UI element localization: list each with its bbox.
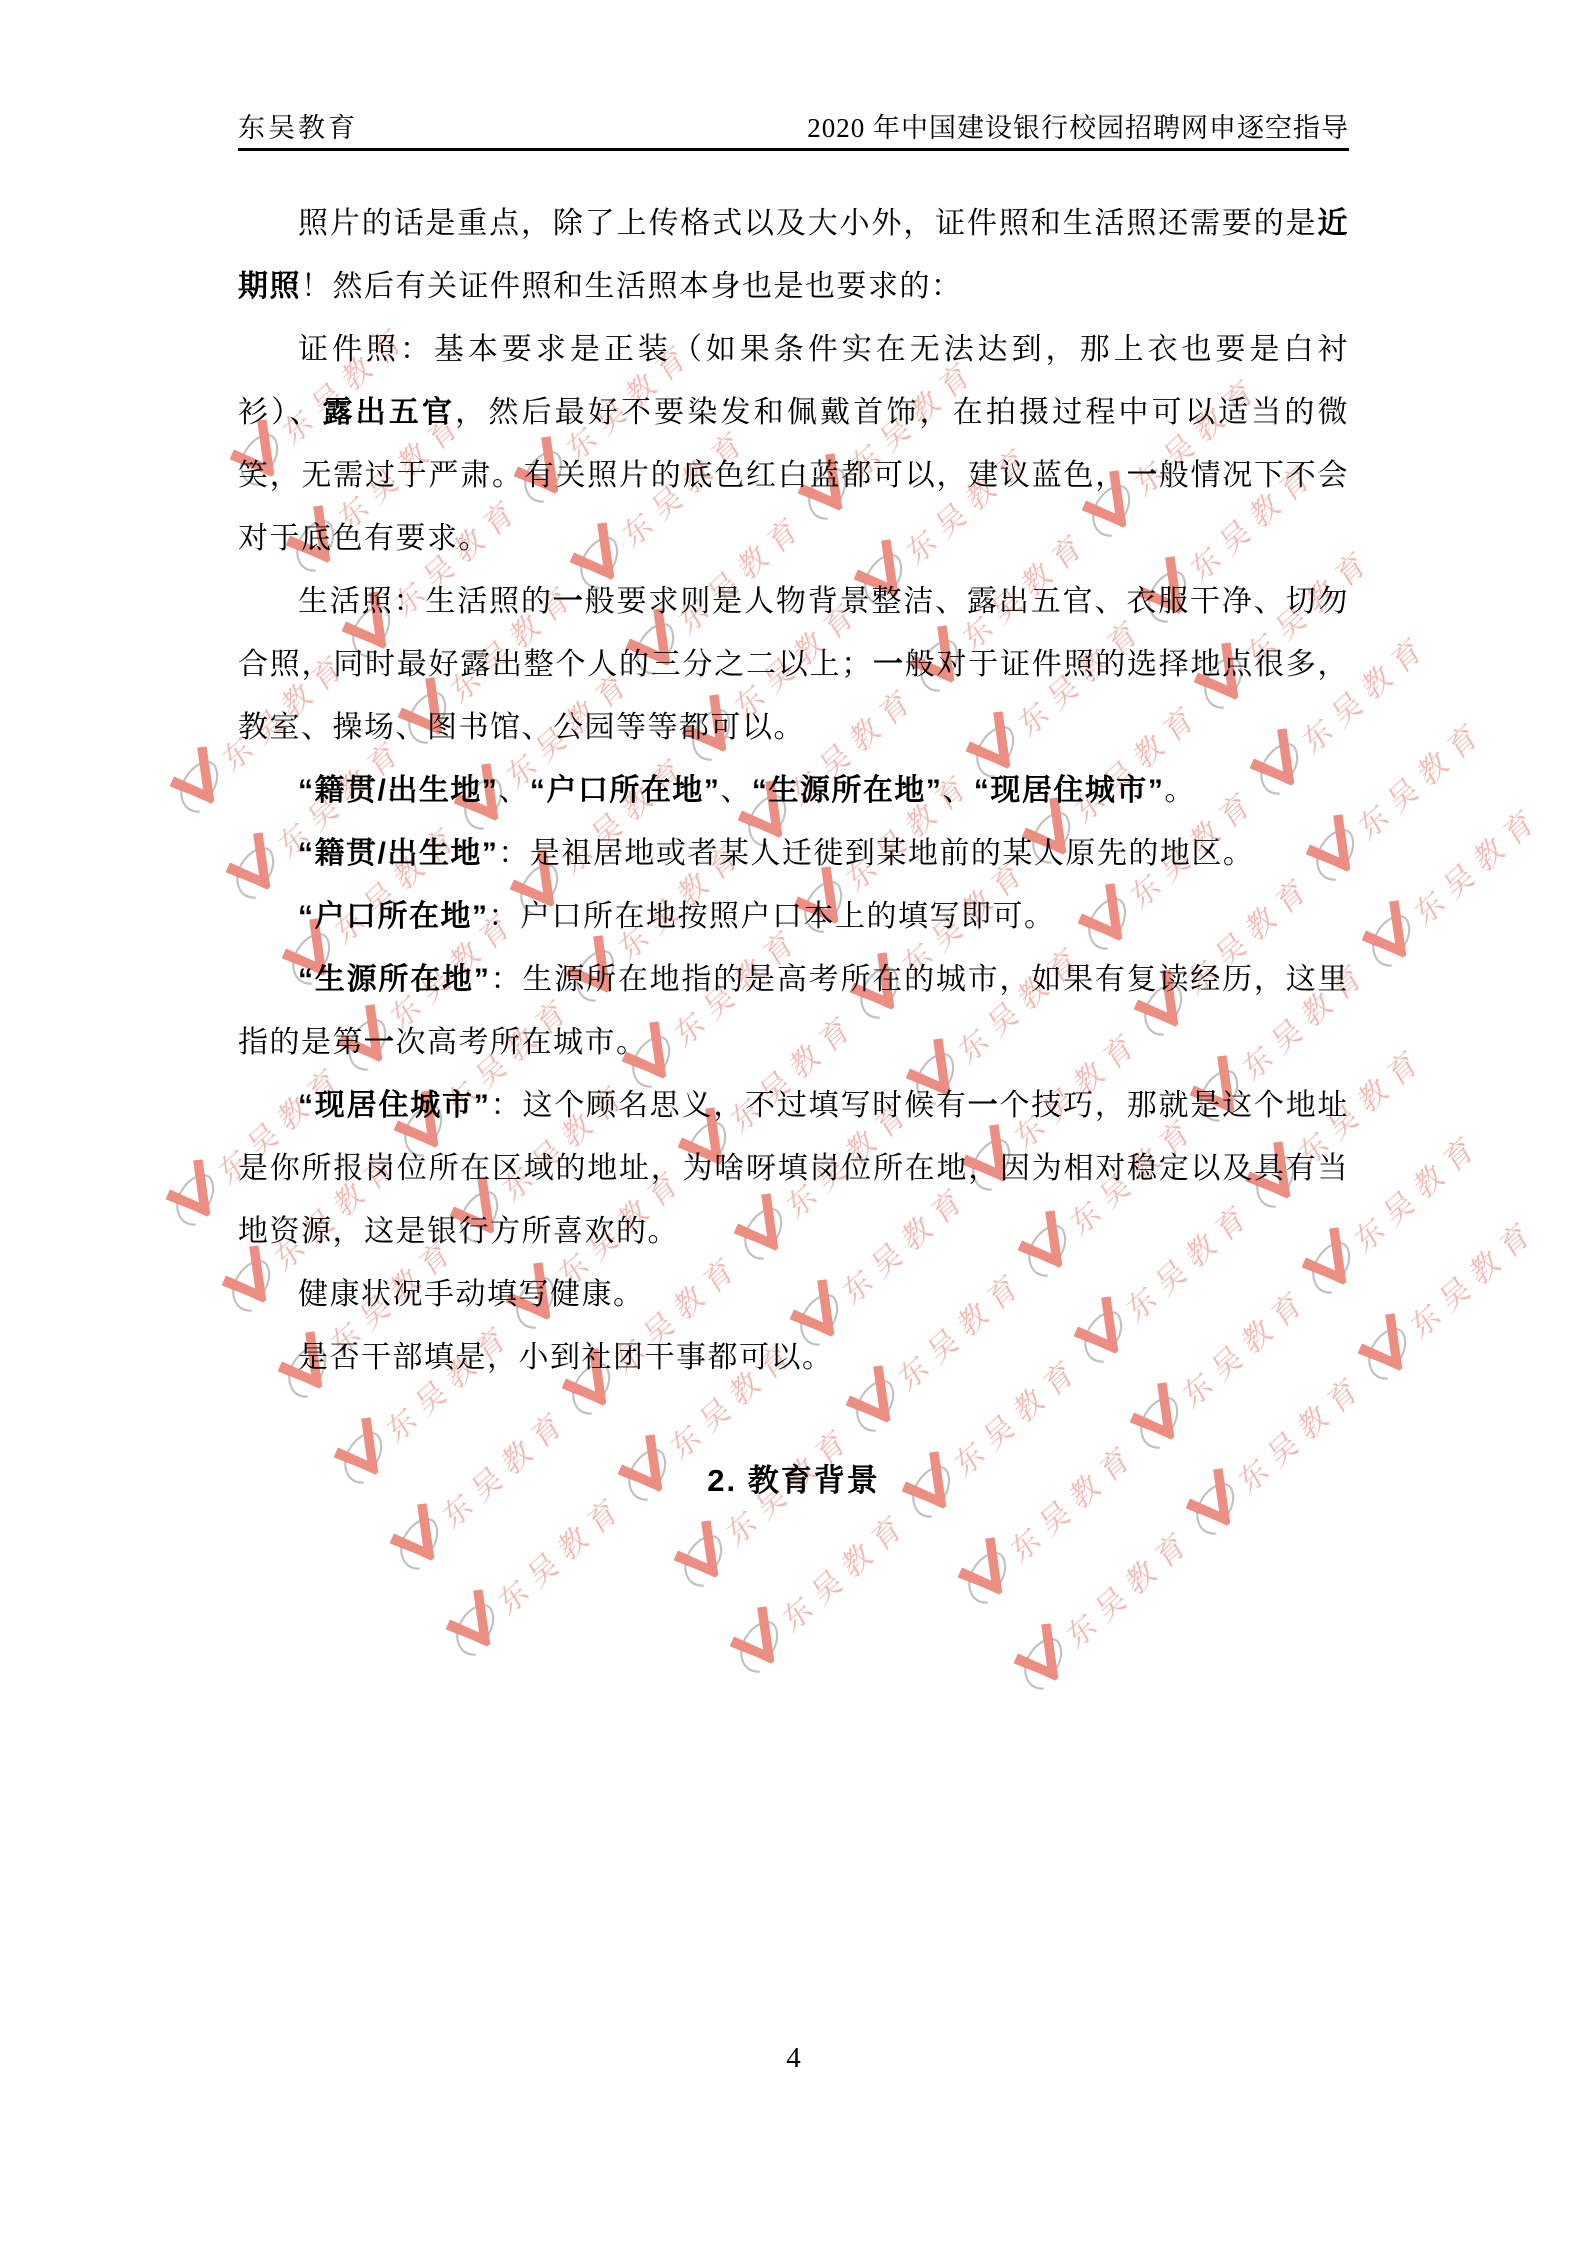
body-text: 照片的话是重点，除了上传格式以及大小外，证件照和生活照还需要的是近期照！然后有关… xyxy=(238,192,1349,1512)
checkmark-v-logo-icon xyxy=(717,1601,798,1681)
section-heading: 2. 教育背景 xyxy=(238,1449,1349,1512)
header-document-title: 2020 年中国建设银行校园招聘网申逐空指导 xyxy=(807,106,1349,145)
paragraph: “户口所在地”：户口所在地按照户口本上的填写即可。 xyxy=(238,885,1349,948)
watermark-text: 东吴教育 xyxy=(1401,1203,1544,1348)
watermark-text: 东吴教育 xyxy=(773,1496,916,1641)
watermark-text: 东吴教育 xyxy=(1057,1513,1200,1658)
paragraph: 照片的话是重点，除了上传格式以及大小外，证件照和生活照还需要的是近期照！然后有关… xyxy=(238,192,1349,318)
paragraph: “籍贯/出生地”：是祖居地或者某人迁徙到某地前的某人原先的地区。 xyxy=(238,822,1349,885)
checkmark-v-logo-icon xyxy=(433,1584,514,1664)
watermark: 东吴教育 xyxy=(1345,1199,1546,1388)
header-brand: 东吴教育 xyxy=(238,106,358,145)
paragraph: “现居住城市”：这个顾名思义，不过填写时候有一个技巧，那就是这个地址是你所报岗位… xyxy=(238,1074,1349,1263)
paragraph: “籍贯/出生地”、“户口所在地”、“生源所在地”、“现居住城市”。 xyxy=(238,759,1349,822)
checkmark-v-logo-icon xyxy=(1349,895,1430,975)
watermark-text: 东吴教育 xyxy=(1345,1117,1488,1262)
page-number: 4 xyxy=(0,2042,1587,2075)
paragraph-list: 照片的话是重点，除了上传格式以及大小外，证件照和生活照还需要的是近期照！然后有关… xyxy=(238,192,1349,1389)
watermark: 东吴教育 xyxy=(1349,786,1550,975)
watermark-text: 东吴教育 xyxy=(1405,790,1548,935)
paragraph: 生活照：生活照的一般要求则是人物背景整洁、露出五官、衣服干净、切勿合照，同时最好… xyxy=(238,570,1349,759)
document-page: 东吴教育东吴教育东吴教育东吴教育东吴教育东吴教育东吴教育东吴教育东吴教育东吴教育… xyxy=(0,0,1587,2245)
paragraph: 健康状况手动填写健康。 xyxy=(238,1263,1349,1326)
watermark-text: 东吴教育 xyxy=(1349,704,1492,849)
paragraph: 证件照：基本要求是正装（如果条件实在无法达到，那上衣也要是白衬衫）、露出五官，然… xyxy=(238,318,1349,570)
header-rule xyxy=(238,148,1349,151)
checkmark-v-logo-icon xyxy=(153,1154,234,1234)
paragraph: 是否干部填是，小到社团干事都可以。 xyxy=(238,1326,1349,1389)
checkmark-v-logo-icon xyxy=(661,1515,742,1595)
watermark: 东吴教育 xyxy=(1001,1509,1202,1698)
watermark: 东吴教育 xyxy=(717,1492,918,1681)
checkmark-v-logo-icon xyxy=(157,741,238,821)
checkmark-v-logo-icon xyxy=(1345,1308,1426,1388)
paragraph: “生源所在地”：生源所在地指的是高考所在的城市，如果有复读经历，这里指的是第一次… xyxy=(238,948,1349,1074)
checkmark-v-logo-icon xyxy=(1001,1618,1082,1698)
checkmark-v-logo-icon xyxy=(945,1532,1026,1612)
